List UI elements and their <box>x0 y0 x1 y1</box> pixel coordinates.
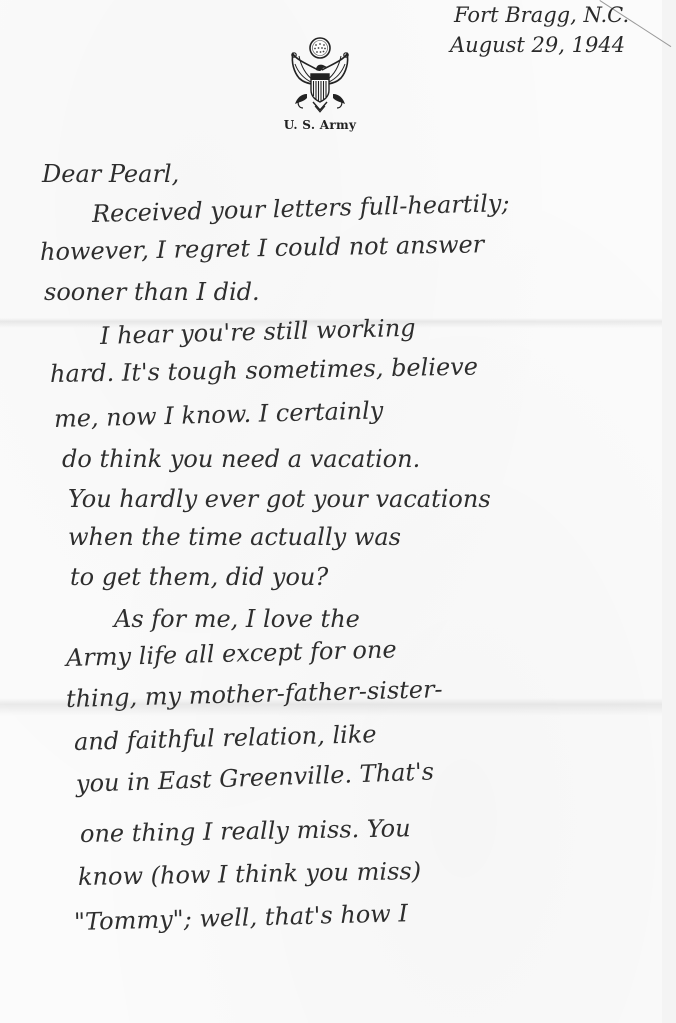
letter-line: you in East Greenville. That's <box>76 758 435 798</box>
letter-place: Fort Bragg, N.C. <box>454 0 629 30</box>
letter-line: As for me, I love the <box>114 605 360 633</box>
letter-line: Army life all except for one <box>66 635 397 672</box>
letter-line: You hardly ever got your vacations <box>68 485 491 513</box>
us-army-eagle-emblem-icon <box>285 34 355 114</box>
letter-line: know (how I think you miss) <box>78 857 422 891</box>
letter-header: Fort Bragg, N.C. August 29, 1944 <box>450 0 629 60</box>
letterhead-label: U. S. Army <box>270 118 370 132</box>
letter-line: sooner than I did. <box>44 278 260 306</box>
letter-line: one thing I really miss. You <box>80 814 411 848</box>
letter-line: Received your letters full-heartily; <box>92 189 510 228</box>
letter-line: and faithful relation, like <box>74 720 377 756</box>
letter-line: do think you need a vacation. <box>62 445 420 473</box>
letter-line: hard. It's tough sometimes, believe <box>50 353 478 388</box>
letter-line: "Tommy"; well, that's how I <box>74 899 409 936</box>
letterhead: U. S. Army <box>270 34 370 132</box>
salutation: Dear Pearl, <box>42 160 179 188</box>
letter-line: to get them, did you? <box>70 563 328 591</box>
letter-line: me, now I know. I certainly <box>54 396 384 433</box>
letter-line: however, I regret I could not answer <box>40 230 485 266</box>
letter-paper: Fort Bragg, N.C. August 29, 1944 <box>0 0 662 1023</box>
letter-line: when the time actually was <box>68 523 401 551</box>
letter-date: August 29, 1944 <box>450 30 629 60</box>
